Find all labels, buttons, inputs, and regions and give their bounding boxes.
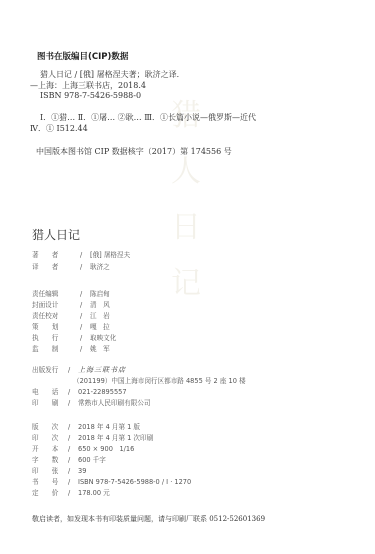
staff-row: 责任编辑/陈启甸 (32, 288, 110, 298)
spec-row: 开 本/650 × 900 1/16 (32, 443, 134, 453)
separator: / (80, 301, 90, 309)
phone-label: 电 话 (32, 386, 68, 396)
spec-value: 600 千字 (78, 456, 106, 464)
separator: / (80, 290, 90, 298)
watermark-char: 记 (168, 256, 204, 312)
spec-value: 2018 年 4 月第 1 次印刷 (78, 434, 153, 442)
staff-label: 策 划 (32, 321, 80, 331)
separator: / (68, 399, 78, 407)
printer-label: 印 刷 (32, 397, 68, 407)
cip-heading: 图书在版编目(CIP)数据 (37, 50, 128, 62)
separator: / (68, 445, 78, 453)
separator: / (80, 334, 90, 342)
separator: / (68, 467, 78, 475)
staff-row: 执 行/取映文化 (32, 332, 116, 342)
separator: / (68, 434, 78, 442)
cip-approval-number: 中国版本图书馆 CIP 数据核字（2017）第 174556 号 (36, 146, 232, 157)
separator: / (80, 263, 90, 271)
spec-row: 字 数/600 千字 (32, 454, 106, 464)
phone-row: 电 话/021-22895557 (32, 386, 127, 396)
credit-row: 著 者/[俄] 屠格涅夫 (32, 249, 130, 259)
staff-label: 责任编辑 (32, 288, 80, 298)
staff-row: 策 划/嘎 拉 (32, 321, 110, 331)
staff-row: 监 制/姚 军 (32, 343, 110, 353)
staff-value: 陈启甸 (90, 290, 110, 298)
publisher-row: 出版发行/上海三联书店 (32, 364, 126, 375)
reader-notice: 敬启读者，如发现本书有印装质量问题，请与印刷厂联系 0512-52601369 (32, 514, 265, 524)
spec-value: 178.00 元 (78, 489, 110, 497)
cip-line: ISBN 978-7-5426-5988-0 (40, 91, 141, 100)
staff-row: 封面设计/清 风 (32, 299, 110, 309)
spec-row: 书 号/ISBN 978-7-5426-5988-0 / I · 1270 (32, 476, 191, 486)
credit-value: [俄] 屠格涅夫 (90, 251, 130, 259)
separator: / (68, 478, 78, 486)
staff-value: 江 岩 (90, 312, 110, 320)
staff-label: 监 制 (32, 343, 80, 353)
staff-value: 姚 军 (90, 345, 110, 353)
spec-row: 印 张/39 (32, 465, 86, 475)
cip-line: —上海：上海三联书店，2018.4 (30, 80, 146, 91)
separator: / (68, 388, 78, 396)
publisher-label: 出版发行 (32, 364, 68, 374)
staff-label: 执 行 (32, 332, 80, 342)
spec-label: 书 号 (32, 476, 68, 486)
book-title: 猎人日记 (32, 226, 80, 243)
separator: / (80, 251, 90, 259)
spec-row: 版 次/2018 年 4 月第 1 版 (32, 421, 140, 431)
spec-label: 定 价 (32, 487, 68, 497)
separator: / (80, 312, 90, 320)
staff-label: 责任校对 (32, 310, 80, 320)
watermark-char: 日 (168, 200, 204, 256)
spec-value: 2018 年 4 月第 1 版 (78, 423, 140, 431)
spec-label: 字 数 (32, 454, 68, 464)
separator: / (80, 345, 90, 353)
printer-value: 常熟市人民印刷有限公司 (78, 399, 151, 407)
printer-row: 印 刷/常熟市人民印刷有限公司 (32, 397, 151, 407)
separator: / (68, 366, 78, 374)
staff-label: 封面设计 (32, 299, 80, 309)
staff-value: 取映文化 (90, 334, 116, 342)
spec-value: ISBN 978-7-5426-5988-0 / I · 1270 (78, 478, 191, 486)
spec-label: 印 张 (32, 465, 68, 475)
credit-label: 译 者 (32, 261, 80, 271)
staff-row: 责任校对/江 岩 (32, 310, 110, 320)
spec-value: 39 (78, 467, 86, 475)
credit-label: 著 者 (32, 249, 80, 259)
separator: / (68, 456, 78, 464)
spec-label: 印 次 (32, 432, 68, 442)
credit-value: 耿济之 (90, 263, 110, 271)
credit-row: 译 者/耿济之 (32, 261, 110, 271)
separator: / (68, 489, 78, 497)
spec-row: 印 次/2018 年 4 月第 1 次印刷 (32, 432, 153, 442)
cip-classification: Ⅰ．①猎… Ⅱ．①屠… ②耿… Ⅲ．①长篇小说—俄罗斯—近代 (40, 112, 256, 123)
cip-line: 猎人日记 / [俄] 屠格涅夫著；耿济之译． (40, 69, 185, 80)
spec-label: 开 本 (32, 443, 68, 453)
publisher-logo-text: 上海三联书店 (78, 366, 126, 374)
staff-value: 嘎 拉 (90, 323, 110, 331)
separator: / (80, 323, 90, 331)
spec-label: 版 次 (32, 421, 68, 431)
phone-value: 021-22895557 (78, 388, 127, 396)
staff-value: 清 风 (90, 301, 110, 309)
spec-row: 定 价/178.00 元 (32, 487, 110, 497)
separator: / (68, 423, 78, 431)
spec-value: 650 × 900 1/16 (78, 445, 134, 453)
cip-classification: Ⅳ．① I512.44 (30, 123, 88, 134)
publisher-address: （201199）中国上海市闵行区都市路 4855 号 2 座 10 楼 (73, 375, 246, 385)
